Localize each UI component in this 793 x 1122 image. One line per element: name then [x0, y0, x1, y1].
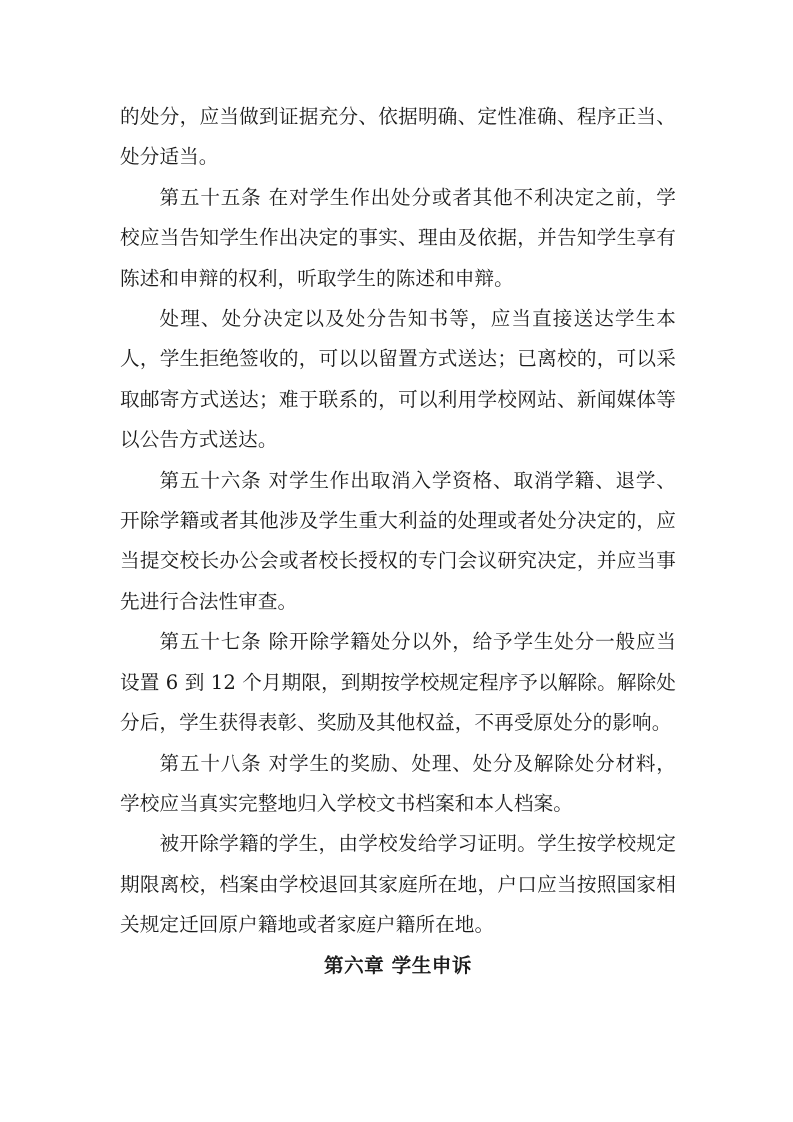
chapter-heading: 第六章 学生申诉 [120, 946, 676, 986]
article-58: 第五十八条 对学生的奖励、处理、处分及解除处分材料，学校应当真实完整地归入学校文… [120, 744, 676, 825]
paragraph-expelled-students: 被开除学籍的学生，由学校发给学习证明。学生按学校规定期限离校，档案由学校退回其家… [120, 824, 676, 945]
article-55: 第五十五条 在对学生作出处分或者其他不利决定之前，学校应当告知学生作出决定的事实… [120, 178, 676, 299]
article-57: 第五十七条 除开除学籍处分以外，给予学生处分一般应当设置 6 到 12 个月期限… [120, 622, 676, 743]
paragraph-continuation: 的处分，应当做到证据充分、依据明确、定性准确、程序正当、处分适当。 [120, 97, 676, 178]
article-56: 第五十六条 对学生作出取消入学资格、取消学籍、退学、开除学籍或者其他涉及学生重大… [120, 461, 676, 623]
paragraph-delivery: 处理、处分决定以及处分告知书等，应当直接送达学生本人，学生拒绝签收的，可以以留置… [120, 299, 676, 461]
document-page: 的处分，应当做到证据充分、依据明确、定性准确、程序正当、处分适当。 第五十五条 … [120, 97, 676, 986]
